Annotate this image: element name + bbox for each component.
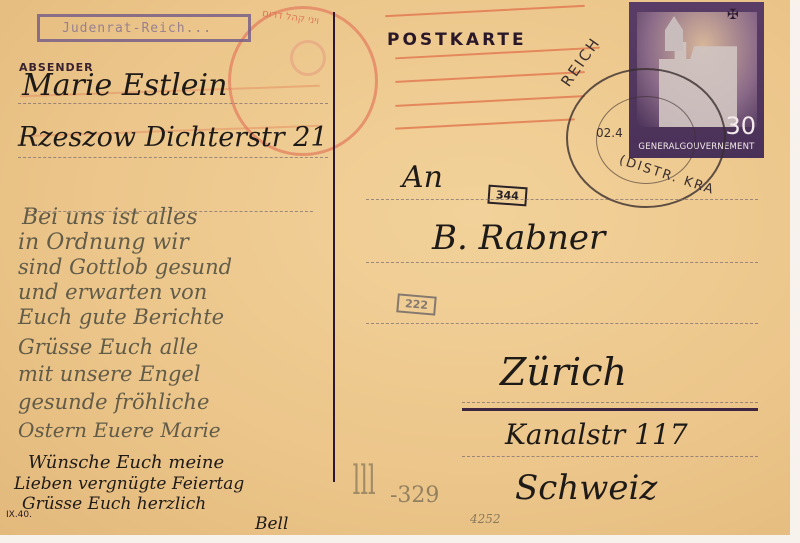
dotted-line [18, 157, 328, 158]
message-line: Wünsche Euch meine [28, 452, 224, 473]
city-underline [462, 408, 758, 411]
dotted-line [366, 323, 758, 324]
print-code: IX.40. [6, 510, 32, 520]
pencil-note: 4252 [470, 512, 501, 526]
emblem-icon [290, 40, 326, 76]
message-line: mit unsere Engel [18, 362, 201, 386]
censor-mark: 344 [487, 185, 527, 207]
message-signature: Bell [255, 514, 288, 534]
cancel-line [395, 71, 585, 83]
message-line: in Ordnung wir [18, 230, 189, 255]
message-line: Lieben vergnügte Feiertag [14, 474, 244, 494]
dotted-line [18, 103, 328, 104]
recipient-street: Kanalstr 117 [505, 418, 688, 451]
message-line: Grüsse Euch alle [18, 335, 198, 359]
postcard: ויני קהל דרום Judenrat-Reich... ABSENDER… [0, 0, 790, 535]
recipient-name: B. Rabner [432, 218, 605, 258]
stamp-value: 30 [725, 112, 756, 140]
message-line: Euch gute Berichte [18, 305, 224, 329]
recipient-country: Schweiz [515, 468, 657, 508]
postcard-heading: POSTKARTE [387, 30, 527, 50]
recipient-city: Zürich [500, 350, 627, 394]
sender-rubber-stamp: Judenrat-Reich... [37, 14, 251, 42]
sender-address: Rzeszow Dichterstr 21 [18, 122, 328, 153]
message-line: und erwarten von [18, 280, 207, 304]
cancel-line [395, 95, 585, 107]
sender-name: Marie Estlein [22, 68, 227, 103]
eagle-icon: ✠ [727, 6, 739, 23]
recipient-prefix: An [402, 160, 443, 195]
dotted-line [462, 402, 758, 403]
censor-mark: 222 [396, 293, 436, 315]
message-line: Ostern Euere Marie [18, 418, 221, 442]
dotted-line [366, 262, 758, 263]
divider [333, 12, 335, 482]
cancel-line [395, 118, 575, 129]
scan-border [790, 0, 800, 543]
pencil-note: -329 [390, 483, 439, 508]
dotted-line [366, 199, 758, 200]
message-line: Bei uns ist alles [22, 205, 198, 230]
cancel-line [385, 5, 585, 17]
message-line: gesunde fröhliche [18, 390, 209, 414]
dotted-line [462, 456, 758, 457]
message-line: sind Gottlob gesund [18, 255, 232, 279]
scan-border [0, 535, 800, 543]
message-line: Grüsse Euch herzlich [22, 494, 206, 514]
postmark-date: 02.4 [596, 126, 623, 140]
pencil-scribble: lll [353, 458, 376, 504]
